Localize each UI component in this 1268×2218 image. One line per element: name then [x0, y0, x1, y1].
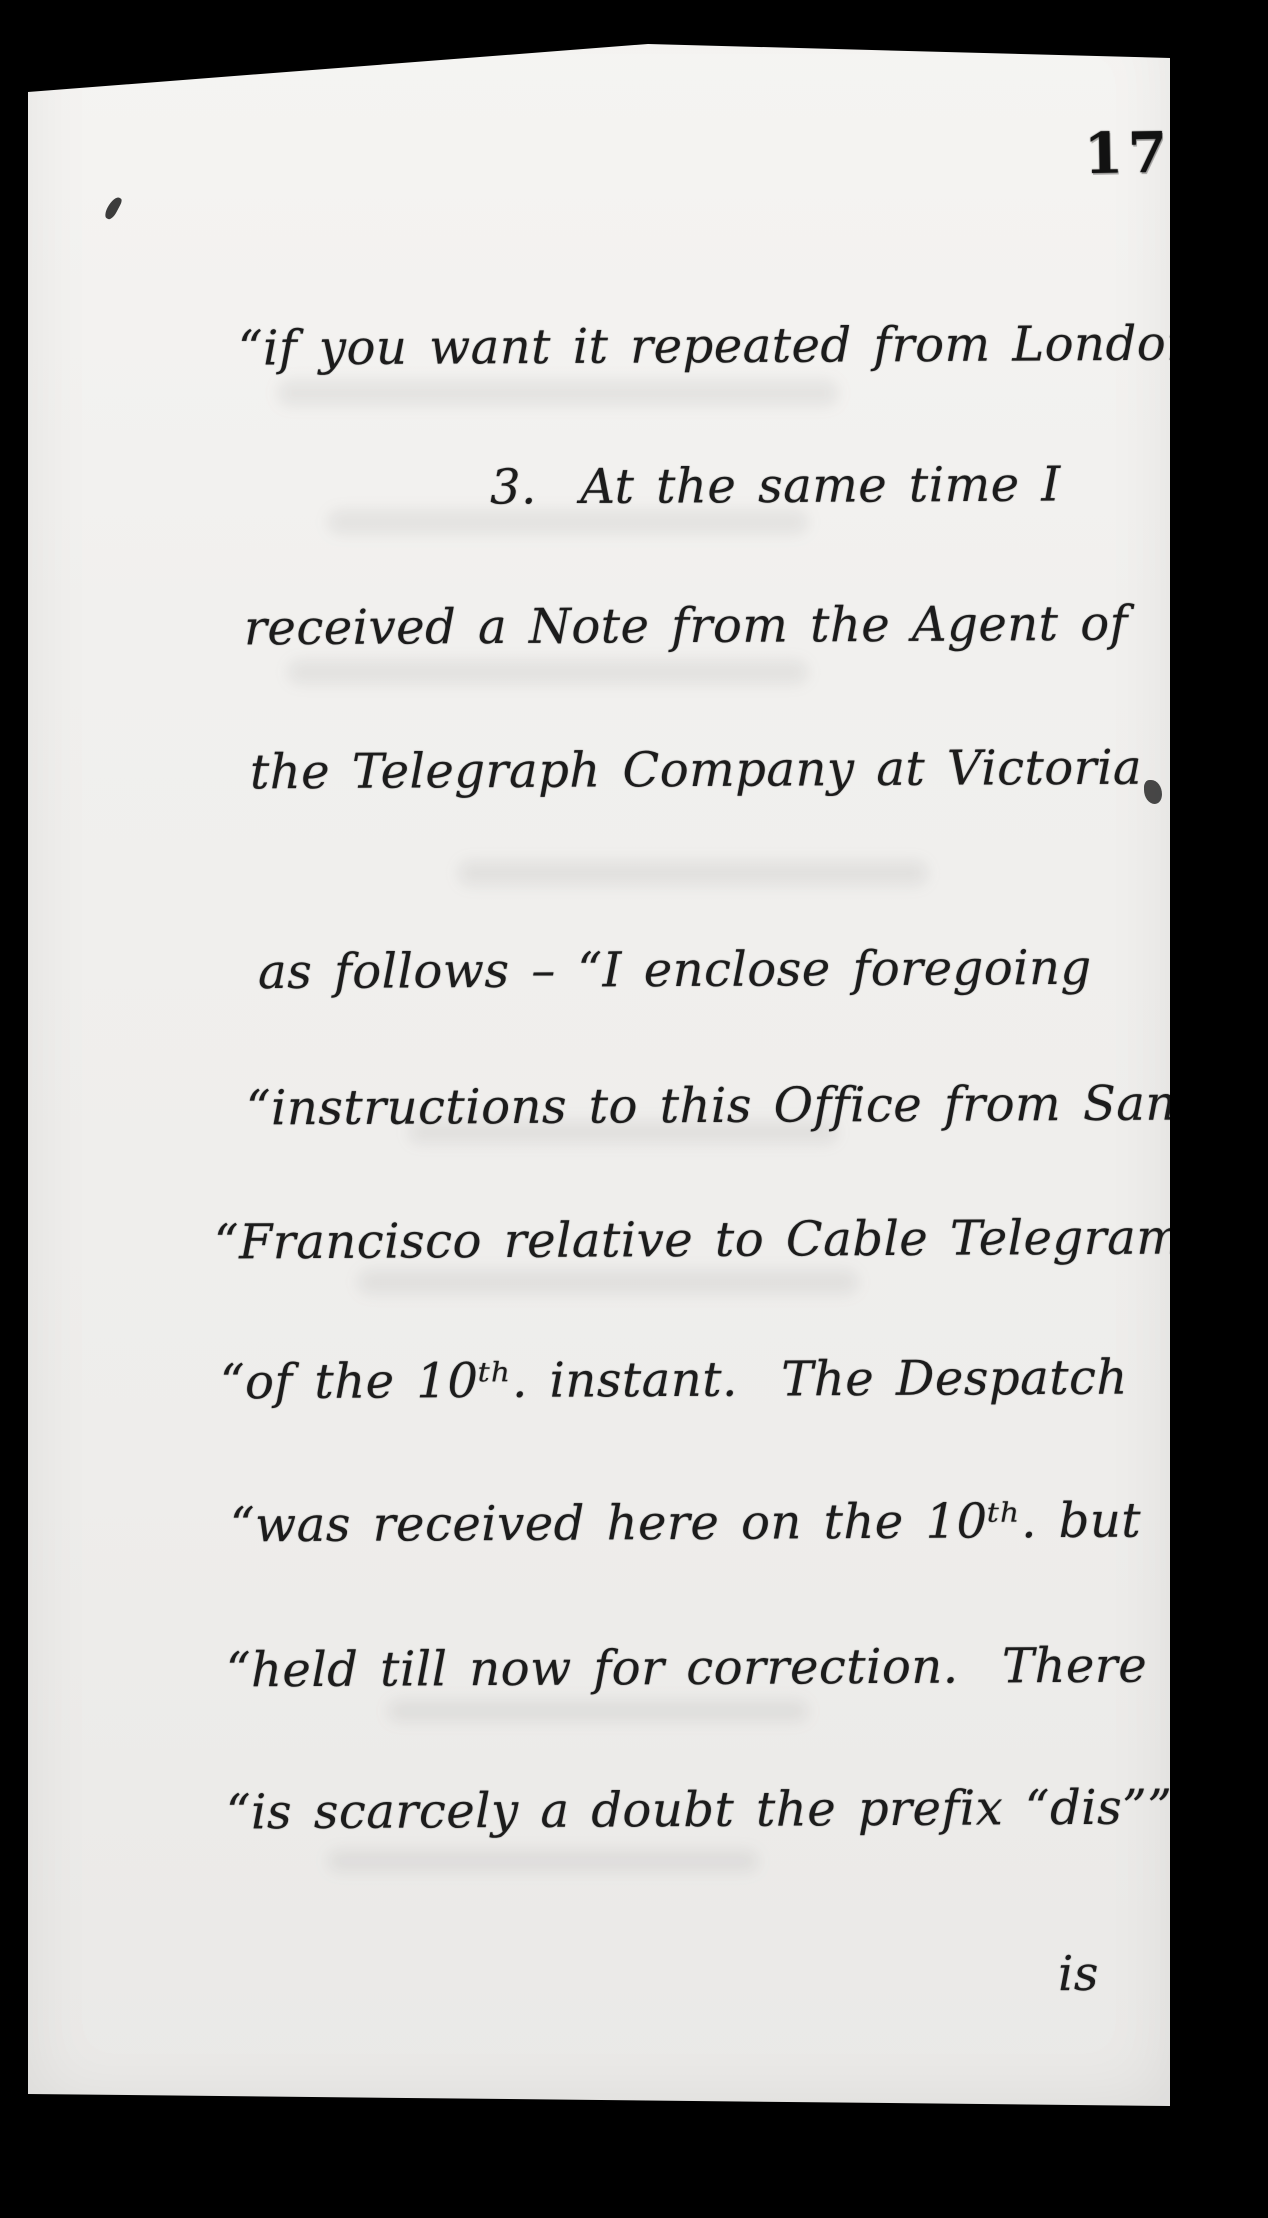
manuscript-line-9: “was received here on the 10ᵗʰ. but: [230, 1493, 1141, 1554]
manuscript-paper: 171 “if you want it repeated from London…: [28, 0, 1170, 2108]
bleed-through-smudge: [388, 1700, 808, 1722]
bleed-through-smudge: [288, 660, 808, 684]
scanned-page-background: 171 “if you want it repeated from London…: [0, 0, 1268, 2218]
manuscript-line-6: “instructions to this Office from San: [246, 1076, 1177, 1137]
manuscript-line-11: “is scarcely a doubt the prefix “dis””: [226, 1780, 1173, 1841]
stray-ink-mark: [103, 195, 123, 221]
bleed-through-smudge: [458, 860, 928, 886]
manuscript-line-8: “of the 10ᵗʰ. instant. The Despatch: [220, 1350, 1128, 1411]
page-number-stamp: 171: [1083, 119, 1216, 187]
bleed-through-smudge: [278, 380, 838, 406]
manuscript-line-1: “if you want it repeated from London.”: [238, 315, 1239, 376]
bleed-through-smudge: [328, 1850, 758, 1872]
manuscript-line-2: 3. At the same time I: [490, 457, 1061, 516]
manuscript-line-4: the Telegraph Company at Victoria: [250, 740, 1142, 801]
manuscript-line-5: as follows – “I enclose foregoing: [258, 940, 1092, 1000]
manuscript-line-10: “held till now for correction. There: [226, 1638, 1147, 1699]
manuscript-line-7: “Francisco relative to Cable Telegram: [214, 1209, 1183, 1270]
stray-ink-blot: [1144, 780, 1162, 804]
bleed-through-smudge: [358, 1270, 858, 1294]
manuscript-line-3: received a Note from the Agent of: [244, 596, 1128, 657]
catchword: is: [1058, 1946, 1099, 2002]
